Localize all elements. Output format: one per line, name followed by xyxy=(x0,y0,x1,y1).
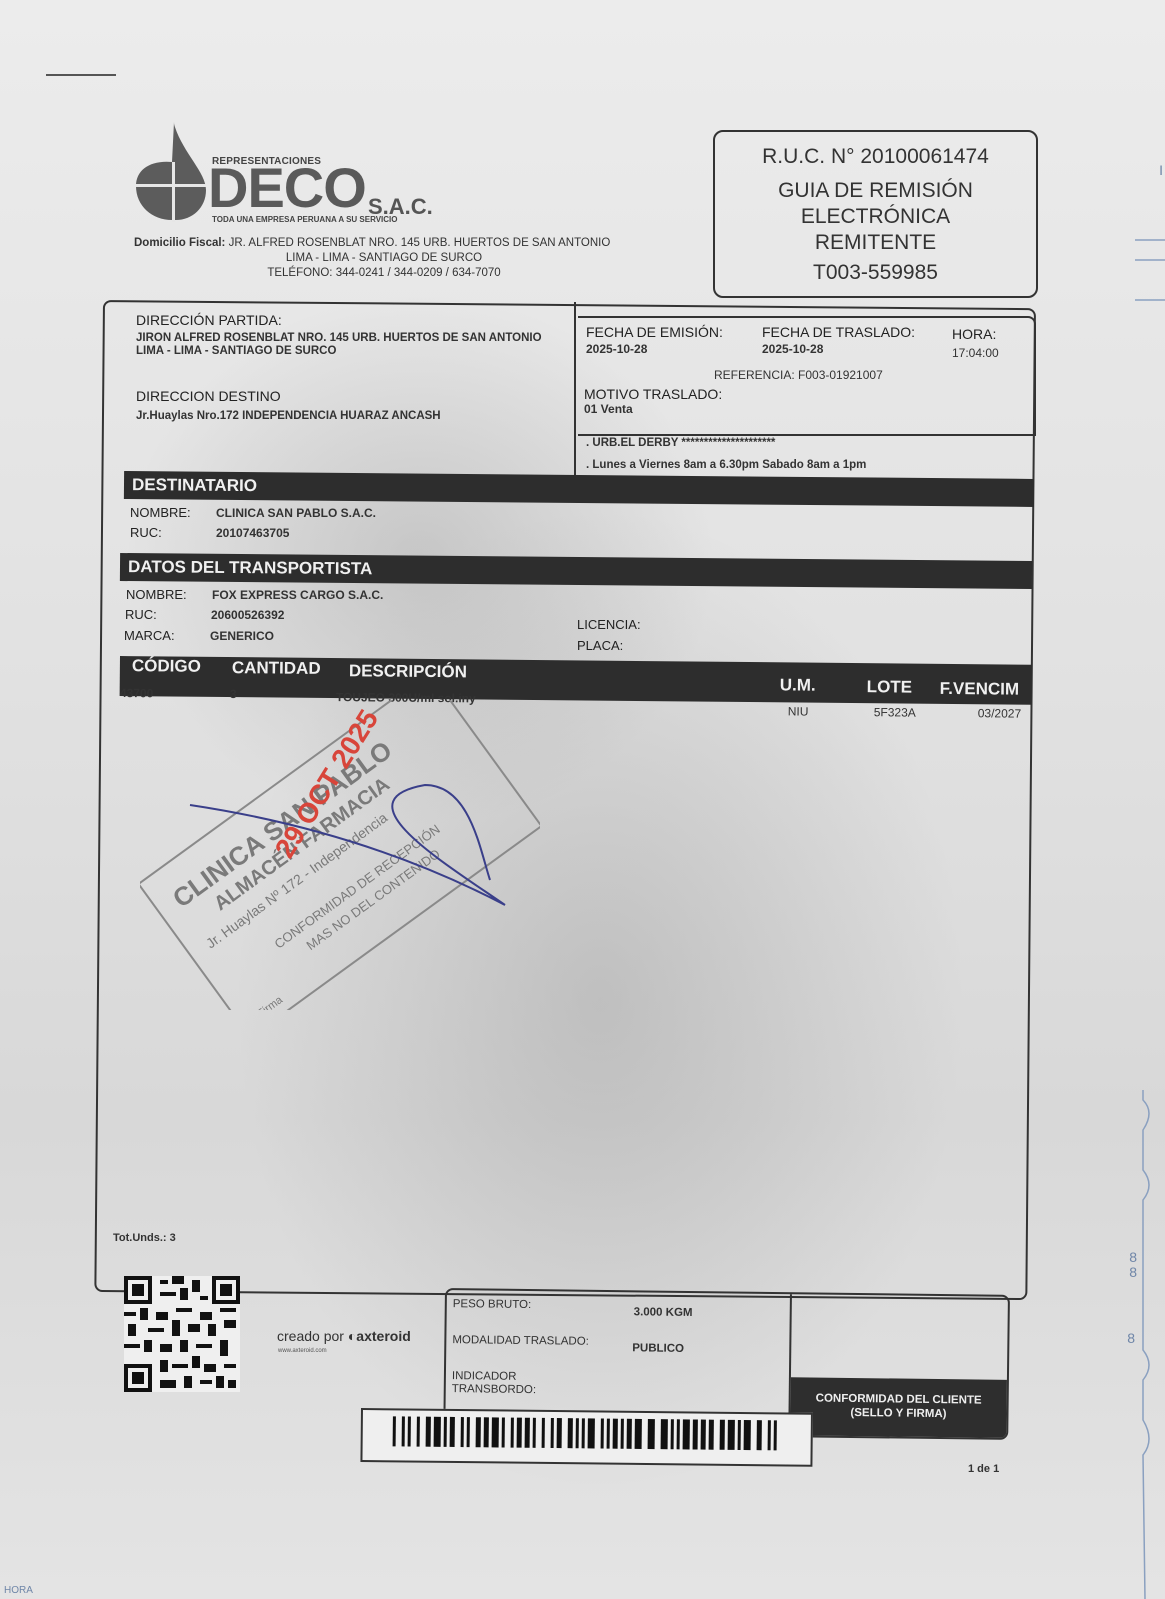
marca-value: GENERICO xyxy=(210,629,274,643)
document-id-box: R.U.C. N° 20100061474 GUIA DE REMISIÓN E… xyxy=(713,130,1038,298)
stamp-graphic: CLINICA SAN PABLO ALMACÉN FARMACIA Jr. H… xyxy=(140,700,540,1010)
partida-line2: LIMA - LIMA - SANTIAGO DE SURCO xyxy=(136,345,564,358)
col-lote: LOTE xyxy=(867,677,913,697)
sheet-outline xyxy=(1105,0,1165,1599)
fiscal-label: Domicilio Fiscal: xyxy=(134,237,225,249)
company-logo: REPRESENTACIONES DECO S.A.C. TODA UNA EM… xyxy=(136,122,456,232)
placa-label: PLACA: xyxy=(577,638,623,653)
placa-field: PLACA: xyxy=(577,638,623,653)
doc-title-line2: ELECTRÓNICA xyxy=(715,204,1036,230)
creado-brand: axteroid xyxy=(356,1328,410,1344)
partida-line1: JIRON ALFRED ROSENBLAT NRO. 145 URB. HUE… xyxy=(136,332,564,345)
traslado-label: FECHA DE TRASLADO: xyxy=(762,324,915,340)
barcode-icon xyxy=(362,1410,808,1463)
fiscal-phones: TELÉFONO: 344-0241 / 344-0209 / 634-7070 xyxy=(134,266,634,281)
col-codigo: CÓDIGO xyxy=(132,656,201,677)
underlying-sheet-edge: I 8 8 8 xyxy=(1105,0,1165,1599)
creado-label: creado por xyxy=(277,1328,344,1344)
nombre-label: NOMBRE: xyxy=(130,505,216,520)
nombre-label: NOMBRE: xyxy=(126,587,212,602)
ruc-label: RUC: xyxy=(125,607,211,622)
note-line: . Lunes a Viernes 8am a 6.30pm Sabado 8a… xyxy=(586,454,1034,476)
modalidad-label: MODALIDAD TRASLADO: xyxy=(452,1334,589,1348)
licencia-label: LICENCIA: xyxy=(577,617,641,632)
peso-label: PESO BRUTO: xyxy=(453,1298,532,1311)
fiscal-line1: JR. ALFRED ROSENBLAT NRO. 145 URB. HUERT… xyxy=(229,237,611,249)
destinatario-ruc: RUC:20107463705 xyxy=(130,525,289,540)
nombre-value: CLINICA SAN PABLO S.A.C. xyxy=(216,506,376,520)
cell-codigo: 43700 xyxy=(120,686,154,700)
ruc-value: 20600526392 xyxy=(211,608,284,622)
logo-name: DECO xyxy=(208,162,366,214)
hora-value: 17:04:00 xyxy=(952,346,999,360)
motivo-label: MOTIVO TRASLADO: xyxy=(584,386,722,402)
doc-number: T003-559985 xyxy=(715,260,1036,286)
qr-code-icon xyxy=(124,1276,240,1392)
stamp-firma: Firma xyxy=(255,993,286,1010)
partida-label: DIRECCIÓN PARTIDA: xyxy=(136,312,564,328)
destino-address: Jr.Huaylas Nro.172 INDEPENDENCIA HUARAZ … xyxy=(136,410,564,423)
traslado-date: 2025-10-28 xyxy=(762,342,915,356)
fiscal-line2: LIMA - LIMA - SANTIAGO DE SURCO xyxy=(134,251,634,266)
marca-label: MARCA: xyxy=(124,628,210,643)
transportista-ruc: RUC:20600526392 xyxy=(125,607,284,622)
reception-stamp: CLINICA SAN PABLO ALMACÉN FARMACIA Jr. H… xyxy=(140,700,540,1010)
logo-tagline: TODA UNA EMPRESA PERUANA A SU SERVICIO xyxy=(212,215,398,224)
col-fvencim: F.VENCIM xyxy=(940,679,1020,700)
delivery-notes: . URB.EL DERBY ********************* . L… xyxy=(578,432,1034,476)
motivo-value: 01 Venta xyxy=(584,402,722,416)
fiscal-address: Domicilio Fiscal: JR. ALFRED ROSENBLAT N… xyxy=(134,236,634,281)
emision-label: FECHA DE EMISIÓN: xyxy=(586,324,723,340)
peso-value: 3.000 KGM xyxy=(634,1306,693,1319)
barcode xyxy=(360,1408,813,1467)
destino-label: DIRECCION DESTINO xyxy=(136,388,564,404)
referencia: REFERENCIA: F003-01921007 xyxy=(714,368,883,382)
emision-date: 2025-10-28 xyxy=(586,342,723,356)
destinatario-nombre: NOMBRE:CLINICA SAN PABLO S.A.C. xyxy=(130,505,376,520)
col-um: U.M. xyxy=(780,675,816,695)
droplet-logo-icon xyxy=(136,122,206,222)
underlying-hora-label: HORA xyxy=(4,1585,33,1596)
cell-lote: 5F323A xyxy=(874,705,916,719)
client-signature-area: CONFORMIDAD DEL CLIENTE (SELLO Y FIRMA) xyxy=(788,1294,1008,1438)
cell-um: NIU xyxy=(788,704,809,718)
ruc-number: R.U.C. N° 20100061474 xyxy=(715,144,1036,170)
col-cantidad: CANTIDAD xyxy=(232,658,321,679)
doc-title-line3: REMITENTE xyxy=(715,230,1036,256)
dates-box: FECHA DE EMISIÓN: 2025-10-28 FECHA DE TR… xyxy=(578,316,1036,436)
transportista-nombre: NOMBRE:FOX EXPRESS CARGO S.A.C. xyxy=(126,587,383,602)
col-descripcion: DESCRIPCIÓN xyxy=(349,661,467,682)
note-line: . URB.EL DERBY ********************* xyxy=(586,432,1034,454)
cell-cantidad: 3 xyxy=(230,687,237,701)
ruc-label: RUC: xyxy=(130,525,216,540)
indicador-label: INDICADOR TRANSBORDO: xyxy=(452,1370,537,1397)
ruc-value: 20107463705 xyxy=(216,526,289,540)
transportista-marca: MARCA:GENERICO xyxy=(124,628,274,643)
addresses-box: DIRECCIÓN PARTIDA: JIRON ALFRED ROSENBLA… xyxy=(126,302,576,476)
creado-por: creado por ◐axteroid xyxy=(277,1328,411,1344)
cell-fvencim: 03/2027 xyxy=(978,706,1022,720)
modalidad-value: PUBLICO xyxy=(632,1342,684,1355)
doc-title-line1: GUIA DE REMISIÓN xyxy=(715,178,1036,204)
creado-url: www.axteroid.com xyxy=(278,1348,327,1354)
licencia-field: LICENCIA: xyxy=(577,617,641,632)
nombre-value: FOX EXPRESS CARGO S.A.C. xyxy=(212,588,383,602)
conformidad-label: CONFORMIDAD DEL CLIENTE (SELLO Y FIRMA) xyxy=(790,1377,1007,1438)
total-units: Tot.Unds.: 3 xyxy=(113,1232,176,1244)
hora-label: HORA: xyxy=(952,326,999,342)
edge-mark xyxy=(46,74,116,76)
page-number: 1 de 1 xyxy=(968,1463,999,1475)
